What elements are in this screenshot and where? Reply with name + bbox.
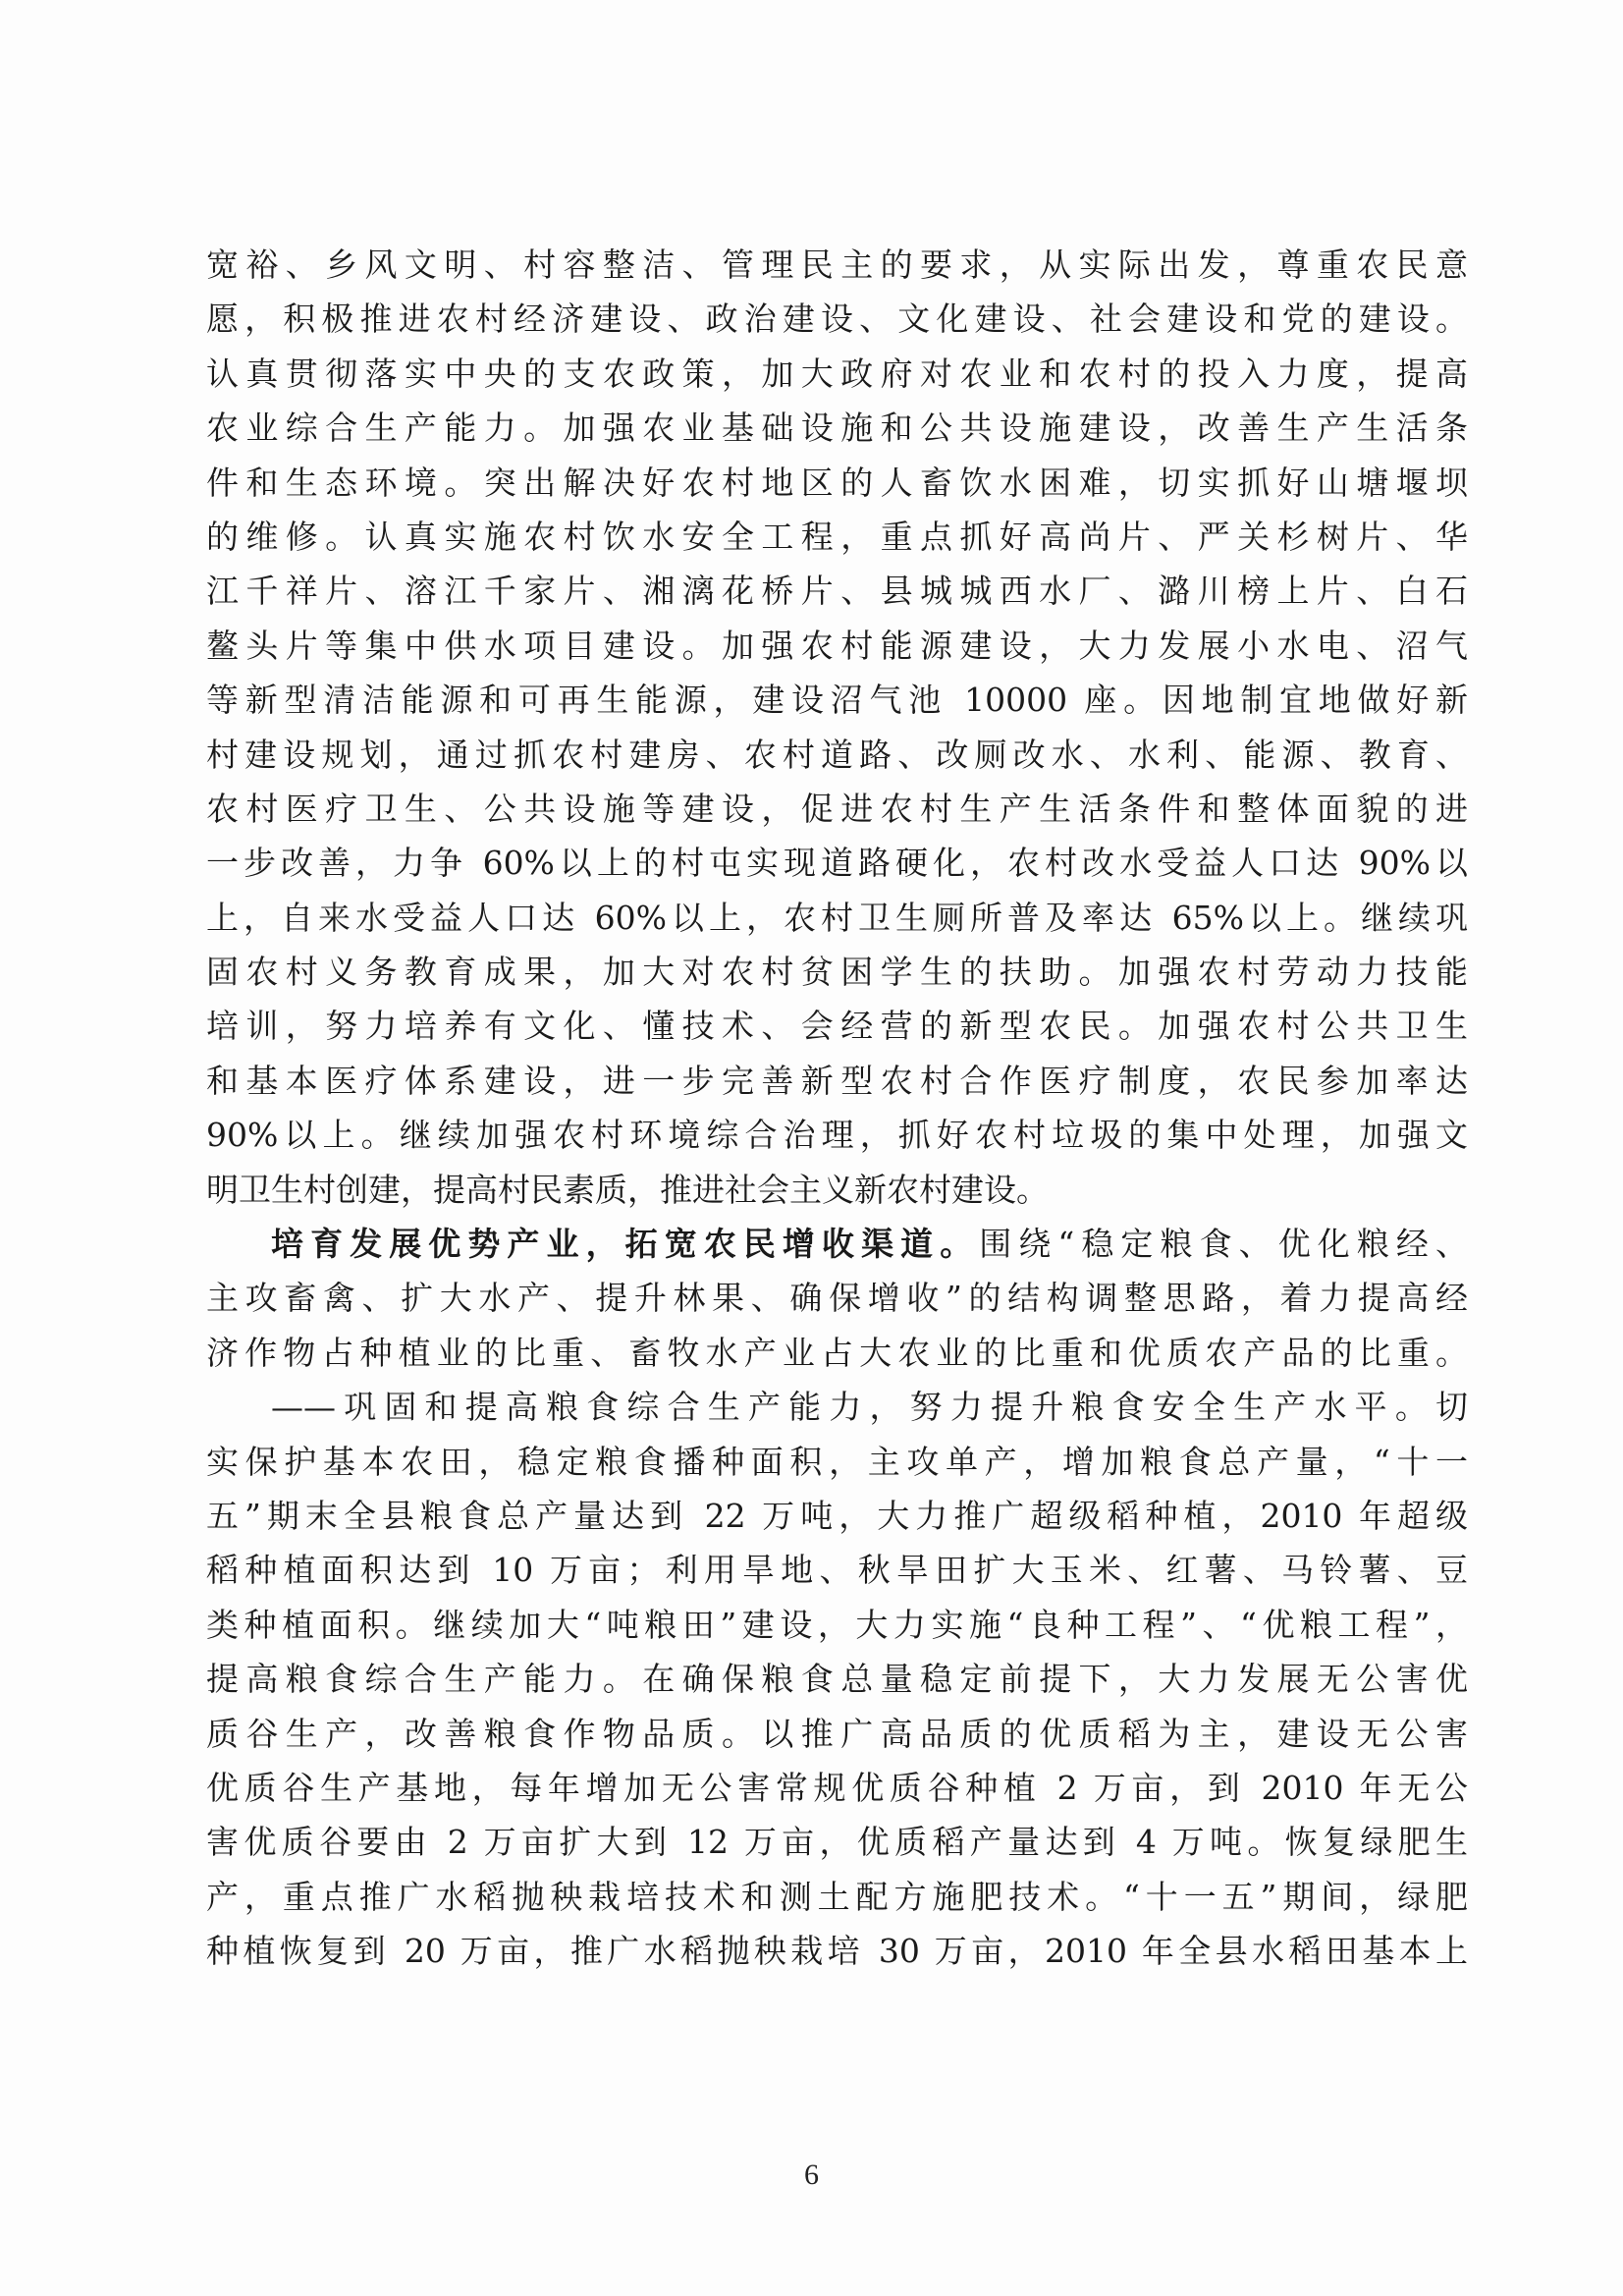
- text-line: 提高粮食综合生产能力。在确保粮食总量稳定前提下，大力发展无公害优: [206, 1652, 1468, 1706]
- text-line: 90%以上。继续加强农村环境综合治理，抓好农村垃圾的集中处理，加强文: [206, 1108, 1468, 1162]
- text-line: 村建设规划，通过抓农村建房、农村道路、改厕改水、水利、能源、教育、: [206, 728, 1468, 782]
- text-line: 鳌头片等集中供水项目建设。加强农村能源建设，大力发展小水电、沼气: [206, 619, 1468, 673]
- text-line: 宽裕、乡风文明、村容整洁、管理民主的要求，从实际出发，尊重农民意: [206, 238, 1468, 292]
- text-line: 害优质谷要由 2 万亩扩大到 12 万亩，优质稻产量达到 4 万吨。恢复绿肥生: [206, 1815, 1468, 1869]
- text-line: 五”期末全县粮食总产量达到 22 万吨，大力推广超级稻种植，2010 年超级: [206, 1489, 1468, 1543]
- text-line: ——巩固和提高粮食综合生产能力，努力提升粮食安全生产水平。切: [206, 1380, 1468, 1434]
- text-line: 件和生态环境。突出解决好农村地区的人畜饮水困难，切实抓好山塘堰坝: [206, 456, 1468, 510]
- text-line: 产，重点推广水稻抛秧栽培技术和测土配方施肥技术。“十一五”期间，绿肥: [206, 1870, 1468, 1924]
- text-line: 稻种植面积达到 10 万亩；利用旱地、秋旱田扩大玉米、红薯、马铃薯、豆: [206, 1543, 1468, 1597]
- body-text: 宽裕、乡风文明、村容整洁、管理民主的要求，从实际出发，尊重农民意 愿，积极推进农…: [206, 238, 1468, 1979]
- paragraph-advantage-industries: 培育发展优势产业，拓宽农民增收渠道。围绕“稳定粮食、优化粮经、 主攻畜禽、扩大水…: [206, 1217, 1468, 1380]
- paragraph-grain-production: ——巩固和提高粮食综合生产能力，努力提升粮食安全生产水平。切 实保护基本农田，稳…: [206, 1380, 1468, 1978]
- text-line: 主攻畜禽、扩大水产、提升林果、确保增收”的结构调整思路，着力提高经: [206, 1271, 1468, 1325]
- text-line: 愿，积极推进农村经济建设、政治建设、文化建设、社会建设和党的建设。: [206, 292, 1468, 346]
- text-line: 优质谷生产基地，每年增加无公害常规优质谷种植 2 万亩，到 2010 年无公: [206, 1761, 1468, 1815]
- text-line: 上，自来水受益人口达 60%以上，农村卫生厕所普及率达 65%以上。继续巩: [206, 891, 1468, 945]
- text-line: 等新型清洁能源和可再生能源，建设沼气池 10000 座。因地制宜地做好新: [206, 673, 1468, 727]
- text-line: 济作物占种植业的比重、畜牧水产业占大农业的比重和优质农产品的比重。: [206, 1326, 1468, 1380]
- text-line: 明卫生村创建，提高村民素质，推进社会主义新农村建设。: [206, 1163, 1468, 1217]
- text-line: 的维修。认真实施农村饮水安全工程，重点抓好高尚片、严关杉树片、华: [206, 510, 1468, 564]
- text-line: 认真贯彻落实中央的支农政策，加大政府对农业和农村的投入力度，提高: [206, 347, 1468, 401]
- text-line: 和基本医疗体系建设，进一步完善新型农村合作医疗制度，农民参加率达: [206, 1054, 1468, 1108]
- text-line: 江千祥片、溶江千家片、湘漓花桥片、县城城西水厂、潞川榜上片、白石: [206, 564, 1468, 618]
- text-line: 农业综合生产能力。加强农业基础设施和公共设施建设，改善生产生活条: [206, 401, 1468, 455]
- text-line: 农村医疗卫生、公共设施等建设，促进农村生产生活条件和整体面貌的进: [206, 782, 1468, 836]
- text-line: 培训，努力培养有文化、懂技术、会经营的新型农民。加强农村公共卫生: [206, 999, 1468, 1053]
- text-line: 固农村义务教育成果，加大对农村贫困学生的扶助。加强农村劳动力技能: [206, 945, 1468, 999]
- paragraph-heading: 培育发展优势产业，拓宽农民增收渠道。: [271, 1225, 979, 1263]
- text-line: 质谷生产，改善粮食作物品质。以推广高品质的优质稻为主，建设无公害: [206, 1707, 1468, 1761]
- text-run: 围绕“稳定粮食、优化粮经、: [979, 1225, 1468, 1263]
- text-line: 培育发展优势产业，拓宽农民增收渠道。围绕“稳定粮食、优化粮经、: [206, 1217, 1468, 1271]
- paragraph-rural-construction: 宽裕、乡风文明、村容整洁、管理民主的要求，从实际出发，尊重农民意 愿，积极推进农…: [206, 238, 1468, 1217]
- document-page: 宽裕、乡风文明、村容整洁、管理民主的要求，从实际出发，尊重农民意 愿，积极推进农…: [0, 0, 1623, 2296]
- page-number: 6: [0, 2159, 1623, 2192]
- text-line: 种植恢复到 20 万亩，推广水稻抛秧栽培 30 万亩，2010 年全县水稻田基本…: [206, 1924, 1468, 1978]
- text-line: 实保护基本农田，稳定粮食播种面积，主攻单产，增加粮食总产量，“十一: [206, 1435, 1468, 1489]
- text-line: 一步改善，力争 60%以上的村屯实现道路硬化，农村改水受益人口达 90%以: [206, 836, 1468, 890]
- text-line: 类种植面积。继续加大“吨粮田”建设，大力实施“良种工程”、“优粮工程”，: [206, 1598, 1468, 1652]
